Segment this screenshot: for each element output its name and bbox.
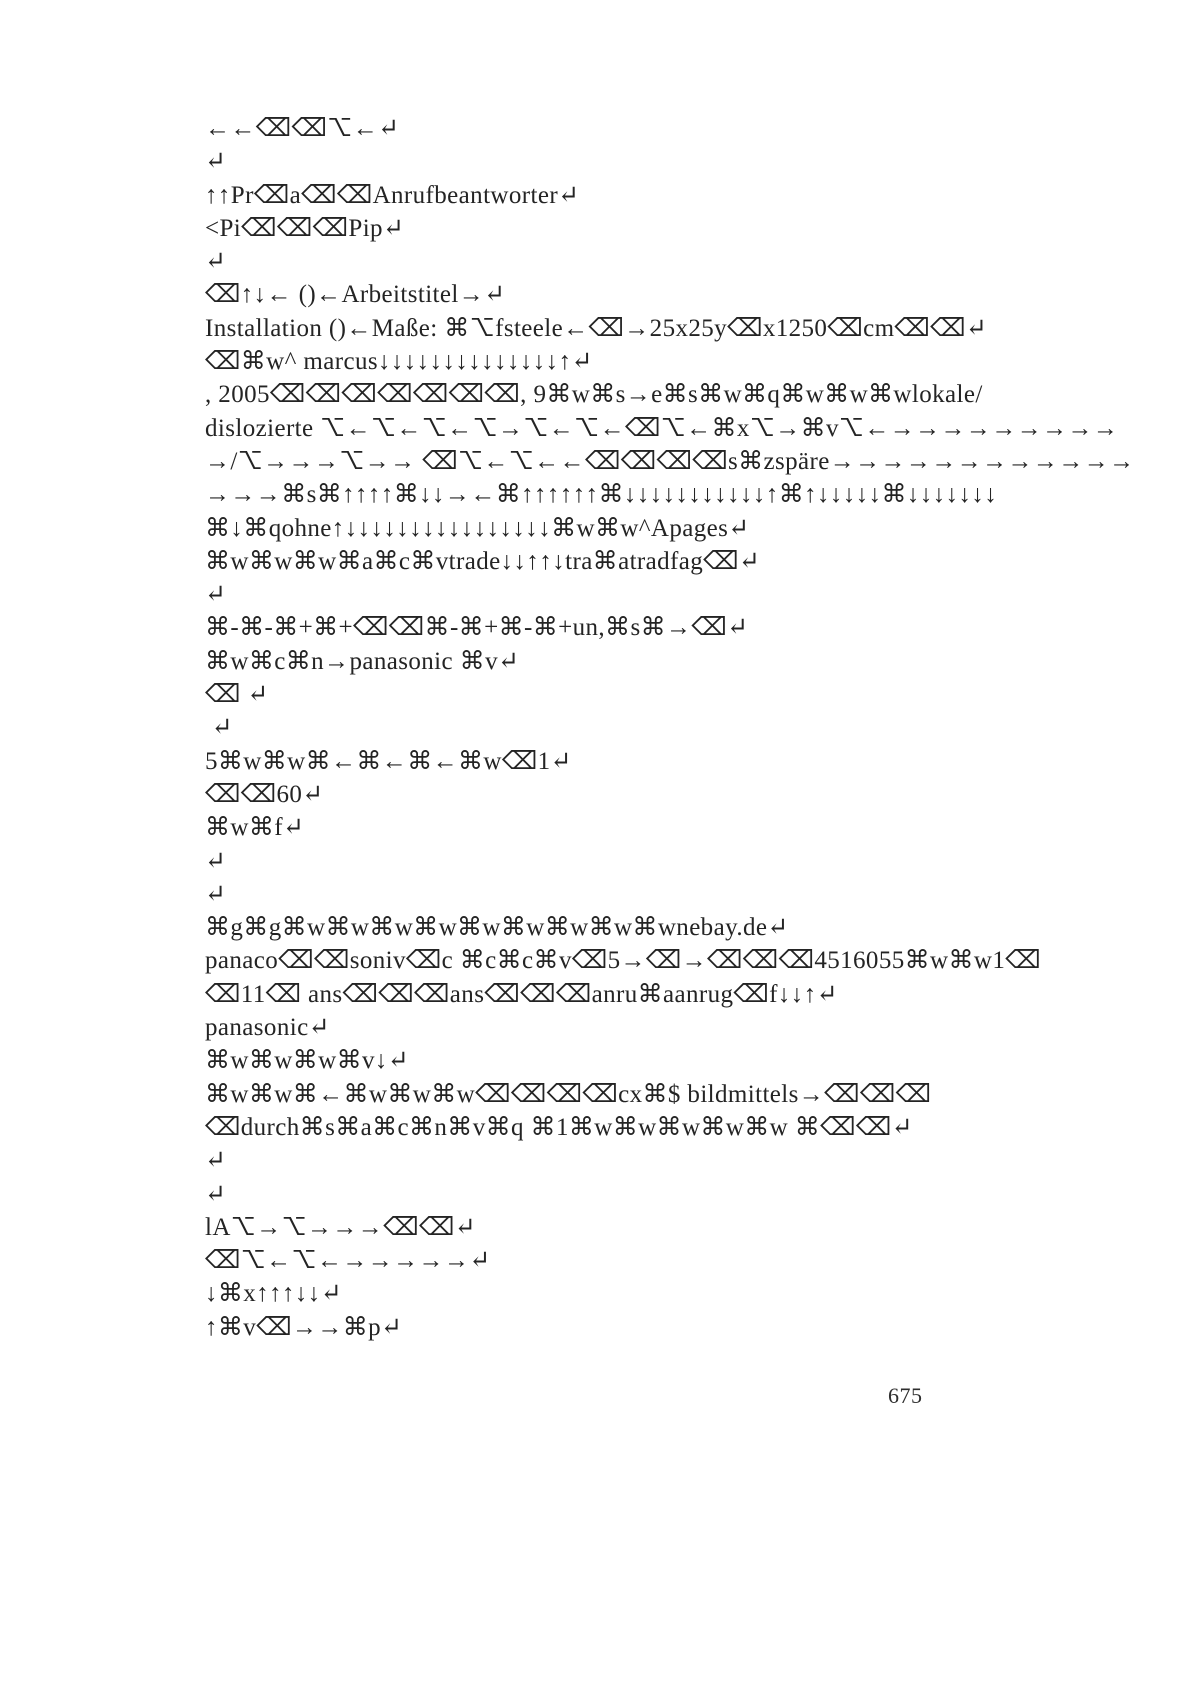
text-block: ←←⌫⌫⌥←↵ ↵ ↑↑Pr⌫a⌫⌫Anrufbeantworter↵ <Pi⌫… bbox=[205, 112, 1085, 1344]
text-line: ↵ bbox=[205, 245, 1085, 278]
text-line: ⌘w⌘c⌘n→panasonic ⌘v↵ bbox=[205, 645, 1085, 678]
text-line: ⌫ ↵ bbox=[205, 678, 1085, 711]
text-line: ↵ bbox=[205, 578, 1085, 611]
text-line: ←←⌫⌫⌥←↵ bbox=[205, 112, 1085, 145]
text-line: lA⌥→⌥→→→⌫⌫↵ bbox=[205, 1211, 1085, 1244]
text-line: panaco⌫⌫soniv⌫c ⌘c⌘c⌘v⌫5→⌫→⌫⌫⌫4516055⌘w⌘… bbox=[205, 944, 1085, 977]
text-line: ⌫⌥←⌥←→→→→→↵ bbox=[205, 1244, 1085, 1277]
page-number: 675 bbox=[888, 1383, 923, 1409]
text-line: ↵ bbox=[205, 1178, 1085, 1211]
text-line: ⌘↓⌘qohne↑↓↓↓↓↓↓↓↓↓↓↓↓↓↓↓↓⌘w⌘w^Apages↵ bbox=[205, 512, 1085, 545]
text-line: ⌫↑↓← ()←Arbeitstitel→↵ bbox=[205, 278, 1085, 311]
text-line: 5⌘w⌘w⌘←⌘←⌘←⌘w⌫1↵ bbox=[205, 745, 1085, 778]
text-line: ↵ bbox=[205, 1144, 1085, 1177]
text-line: ↓⌘x↑↑↑↓↓↵ bbox=[205, 1277, 1085, 1310]
text-line: ↑↑Pr⌫a⌫⌫Anrufbeantworter↵ bbox=[205, 179, 1085, 212]
document-page: ←←⌫⌫⌥←↵ ↵ ↑↑Pr⌫a⌫⌫Anrufbeantworter↵ <Pi⌫… bbox=[0, 0, 1200, 1700]
text-line: →/⌥→→→⌥→→ ⌫⌥←⌥←←⌫⌫⌫⌫s⌘zspäre→→→→→→→→→→→→ bbox=[205, 445, 1085, 478]
text-line: ⌘g⌘g⌘w⌘w⌘w⌘w⌘w⌘w⌘w⌘w⌘wnebay.de↵ bbox=[205, 911, 1085, 944]
text-line: <Pi⌫⌫⌫Pip↵ bbox=[205, 212, 1085, 245]
text-line: ↵ bbox=[205, 145, 1085, 178]
text-line: Installation ()←Maße: ⌘⌥fsteele←⌫→25x25y… bbox=[205, 312, 1085, 345]
text-line: dislozierte ⌥←⌥←⌥←⌥→⌥←⌥←⌫⌥←⌘x⌥→⌘v⌥←→→→→→… bbox=[205, 412, 1085, 445]
text-line: ↵ bbox=[205, 711, 1085, 744]
text-line: ↵ bbox=[205, 845, 1085, 878]
text-line: ⌫durch⌘s⌘a⌘c⌘n⌘v⌘q ⌘1⌘w⌘w⌘w⌘w⌘w ⌘⌫⌫↵ bbox=[205, 1111, 1085, 1144]
text-line: ⌘-⌘-⌘+⌘+⌫⌫⌘-⌘+⌘-⌘+un,⌘s⌘→⌫↵ bbox=[205, 611, 1085, 644]
text-line: ↵ bbox=[205, 878, 1085, 911]
text-line: ⌘w⌘w⌘w⌘a⌘c⌘vtrade↓↓↑↑↓tra⌘atradfag⌫↵ bbox=[205, 545, 1085, 578]
text-line: ⌫⌫60↵ bbox=[205, 778, 1085, 811]
text-line: ⌘w⌘f↵ bbox=[205, 811, 1085, 844]
text-line: , 2005⌫⌫⌫⌫⌫⌫⌫, 9⌘w⌘s→e⌘s⌘w⌘q⌘w⌘w⌘wlokale… bbox=[205, 378, 1085, 411]
text-line: panasonic↵ bbox=[205, 1011, 1085, 1044]
text-line: ⌘w⌘w⌘w⌘v↓↵ bbox=[205, 1044, 1085, 1077]
text-line: ⌫⌘w^ marcus↓↓↓↓↓↓↓↓↓↓↓↓↓↓↑↵ bbox=[205, 345, 1085, 378]
text-line: ↑⌘v⌫→→⌘p↵ bbox=[205, 1311, 1085, 1344]
text-line: →→→⌘s⌘↑↑↑↑⌘↓↓→←⌘↑↑↑↑↑↑⌘↓↓↓↓↓↓↓↓↓↓↓↑⌘↑↓↓↓… bbox=[205, 478, 1085, 511]
text-line: ⌘w⌘w⌘←⌘w⌘w⌘w⌫⌫⌫⌫cx⌘$ bildmittels→⌫⌫⌫ bbox=[205, 1078, 1085, 1111]
text-line: ⌫11⌫ ans⌫⌫⌫ans⌫⌫⌫anru⌘aanrug⌫f↓↓↑↵ bbox=[205, 978, 1085, 1011]
